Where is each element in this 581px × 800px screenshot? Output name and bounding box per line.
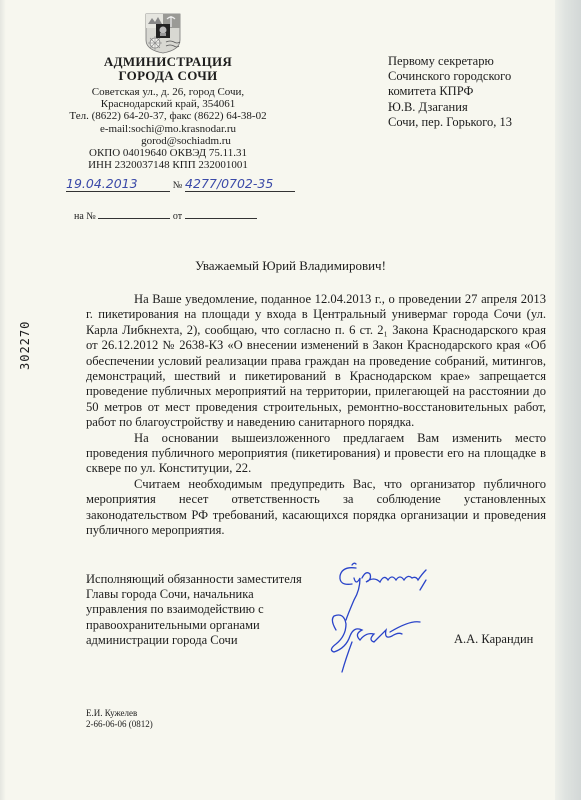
sender-email2: gorod@sochiadm.ru (56, 135, 280, 147)
reference-row: на № от (74, 208, 314, 222)
recipient-line: Первому секретарю (388, 54, 512, 69)
body-paragraph: На основании вышеизложенного предлагаем … (86, 431, 546, 477)
ref-number-field (98, 208, 170, 219)
signer-name: А.А. Карандин (454, 632, 533, 647)
recipient-line: Сочинского городского (388, 69, 512, 84)
executor-phone: 2-66-06-06 (0812) (86, 719, 153, 730)
signer-position-line: управления по взаимодействию с (86, 602, 302, 617)
signer-position-line: Главы города Сочи, начальника (86, 587, 302, 602)
sender-address-line1: Советская ул., д. 26, город Сочи, (56, 86, 280, 98)
sender-address-line2: Краснодарский край, 354061 (56, 98, 280, 110)
sender-block: АДМИНИСТРАЦИЯ ГОРОДА СОЧИ Советская ул.,… (56, 55, 280, 171)
letter-body: На Ваше уведомление, поданное 12.04.2013… (86, 292, 546, 539)
registration-row: 19.04.2013 № 4277/0702-35 (66, 176, 316, 196)
registration-number-label: № (173, 180, 183, 191)
scan-left-shadow (0, 0, 6, 800)
sender-email1: e-mail:sochi@mo.krasnodar.ru (56, 123, 280, 135)
handwritten-signature-icon (290, 560, 450, 680)
body-paragraph: Считаем необходимым предупредить Вас, чт… (86, 477, 546, 539)
signer-position: Исполняющий обязанности заместителя Глав… (86, 572, 302, 648)
sender-okpo-okved: ОКПО 04019640 ОКВЭД 75.11.31 (56, 147, 280, 159)
recipient-line: Сочи, пер. Горького, 13 (388, 115, 512, 130)
scan-right-edge (555, 0, 581, 800)
sender-phone-fax: Тел. (8622) 64-20-37, факс (8622) 64-38-… (56, 110, 280, 122)
registration-number: 4277/0702-35 (185, 176, 295, 192)
executor-name: Е.И. Кужелев (86, 708, 153, 719)
ref-from-field (185, 208, 257, 219)
org-name-line1: АДМИНИСТРАЦИЯ (56, 55, 280, 69)
body-paragraph: На Ваше уведомление, поданное 12.04.2013… (86, 292, 546, 431)
org-name-line2: ГОРОДА СОЧИ (56, 69, 280, 83)
ref-number-label: на № (74, 211, 96, 222)
salutation: Уважаемый Юрий Владимирович! (0, 258, 581, 274)
signer-position-line: администрации города Сочи (86, 633, 302, 648)
recipient-line: Ю.В. Дзагания (388, 100, 512, 115)
sender-inn-kpp: ИНН 2320037148 КПП 232001001 (56, 159, 280, 171)
signer-position-line: Исполняющий обязанности заместителя (86, 572, 302, 587)
incoming-stamp-number: 302270 (18, 321, 32, 370)
recipient-block: Первому секретарю Сочинского городского … (388, 54, 512, 130)
recipient-line: комитета КПРФ (388, 84, 512, 99)
executor-block: Е.И. Кужелев 2-66-06-06 (0812) (86, 708, 153, 730)
registration-date: 19.04.2013 (66, 176, 170, 192)
signer-position-line: правоохранительными органами (86, 618, 302, 633)
sochi-coat-of-arms-icon (144, 12, 182, 54)
ref-from-label: от (173, 211, 182, 222)
